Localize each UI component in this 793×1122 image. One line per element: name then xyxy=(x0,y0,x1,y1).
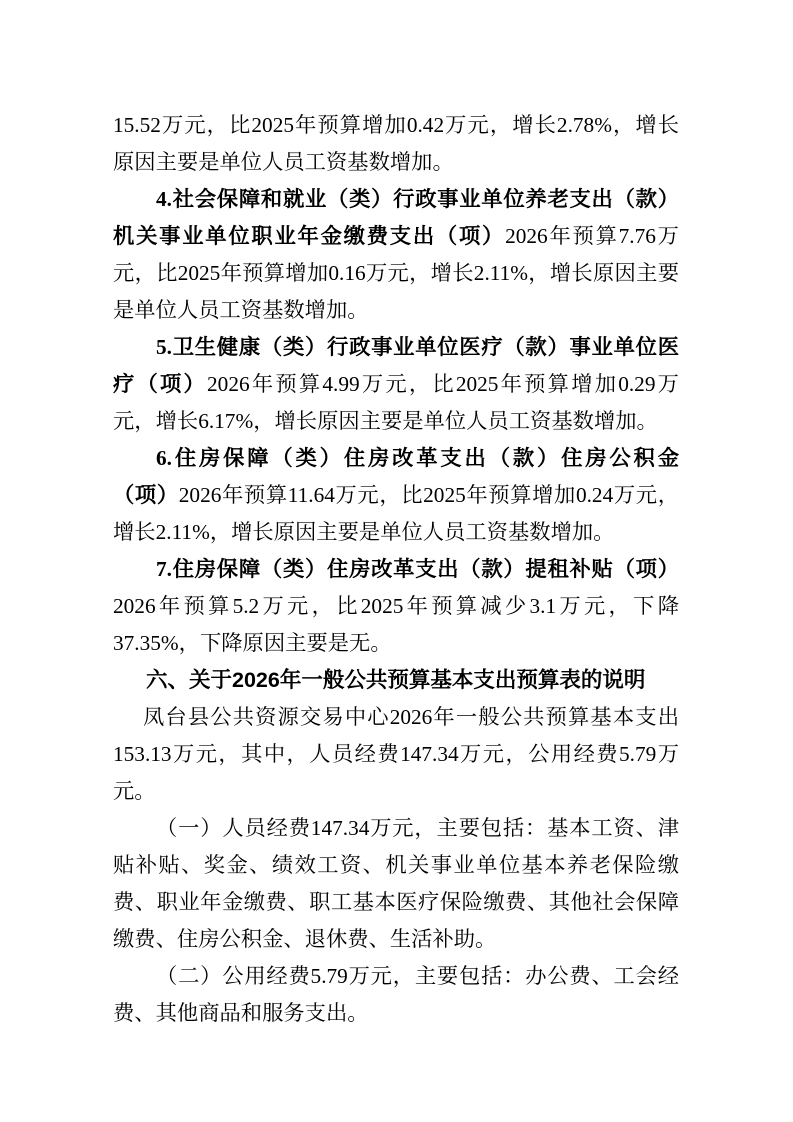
text-line: 疗（项）2026年预算4.99万元，比2025年预算增加0.29万 xyxy=(113,366,679,403)
text-line: 机关事业单位职业年金缴费支出（项）2026年预算7.76万 xyxy=(113,218,679,255)
text-line: 15.52万元，比2025年预算增加0.42万元，增长2.78%，增长 xyxy=(113,107,679,144)
document-text: 15.52万元，比2025年预算增加0.42万元，增长2.78%，增长原因主要是… xyxy=(113,107,679,1032)
text-line: 原因主要是单位人员工资基数增加。 xyxy=(113,144,679,181)
document-page: 15.52万元，比2025年预算增加0.42万元，增长2.78%，增长原因主要是… xyxy=(0,0,793,1122)
text-line: 5.卫生健康（类）行政事业单位医疗（款）事业单位医 xyxy=(113,329,679,366)
bold-text-run: 5.卫生健康（类）行政事业单位医疗（款）事业单位医 xyxy=(156,335,679,359)
text-line: 贴补贴、奖金、绩效工资、机关事业单位基本养老保险缴 xyxy=(113,847,679,884)
text-run: 15.52万元，比2025年预算增加0.42万元，增长2.78%，增长 xyxy=(113,113,679,137)
text-run: 原因主要是单位人员工资基数增加。 xyxy=(113,150,454,174)
text-line: （二）公用经费5.79万元，主要包括：办公费、工会经 xyxy=(113,958,679,995)
text-line: （项）2026年预算11.64万元，比2025年预算增加0.24万元， xyxy=(113,477,679,514)
text-run: 37.35%，下降原因主要是无。 xyxy=(113,631,392,655)
text-run: 贴补贴、奖金、绩效工资、机关事业单位基本养老保险缴 xyxy=(113,853,679,877)
text-run: 费、职业年金缴费、职工基本医疗保险缴费、其他社会保障 xyxy=(113,890,679,914)
text-run: 费、其他商品和服务支出。 xyxy=(113,1001,369,1025)
bold-text-run: 机关事业单位职业年金缴费支出（项） xyxy=(113,224,505,248)
text-line: 费、职业年金缴费、职工基本医疗保险缴费、其他社会保障 xyxy=(113,884,679,921)
bold-text-run: 疗（项） xyxy=(113,372,207,396)
bold-text-run: （项） xyxy=(113,483,179,507)
text-line: （一）人员经费147.34万元，主要包括：基本工资、津 xyxy=(113,810,679,847)
text-run: 元，增长6.17%，增长原因主要是单位人员工资基数增加。 xyxy=(113,409,658,433)
text-line: 元，比2025年预算增加0.16万元，增长2.11%，增长原因主要 xyxy=(113,255,679,292)
bold-text-run: 六、关于2026年一般公共预算基本支出预算表的说明 xyxy=(146,668,645,692)
text-run: 2026年预算7.76万 xyxy=(505,224,679,248)
text-run: 元，比2025年预算增加0.16万元，增长2.11%，增长原因主要 xyxy=(113,261,679,285)
text-run: 增长2.11%，增长原因主要是单位人员工资基数增加。 xyxy=(113,520,614,544)
text-line: 2026年预算5.2万元，比2025年预算减少3.1万元，下降 xyxy=(113,588,679,625)
text-run: 2026年预算4.99万元，比2025年预算增加0.29万 xyxy=(207,372,679,396)
text-run: 153.13万元，其中，人员经费147.34万元，公用经费5.79万 xyxy=(113,742,679,766)
text-line: 凤台县公共资源交易中心2026年一般公共预算基本支出 xyxy=(113,699,679,736)
text-run: 2026年预算5.2万元，比2025年预算减少3.1万元，下降 xyxy=(113,594,679,618)
text-line: 153.13万元，其中，人员经费147.34万元，公用经费5.79万 xyxy=(113,736,679,773)
text-run: 元。 xyxy=(113,779,156,803)
text-run: 2026年预算11.64万元，比2025年预算增加0.24万元， xyxy=(179,483,679,507)
text-run: 凤台县公共资源交易中心2026年一般公共预算基本支出 xyxy=(143,705,679,729)
bold-text-run: 6.住房保障（类）住房改革支出（款）住房公积金 xyxy=(156,446,679,470)
bold-text-run: 4.社会保障和就业（类）行政事业单位养老支出（款） xyxy=(156,187,679,211)
section-heading: 六、关于2026年一般公共预算基本支出预算表的说明 xyxy=(113,662,679,699)
text-line: 是单位人员工资基数增加。 xyxy=(113,292,679,329)
text-line: 6.住房保障（类）住房改革支出（款）住房公积金 xyxy=(113,440,679,477)
text-run: （二）公用经费5.79万元，主要包括：办公费、工会经 xyxy=(156,964,679,988)
text-line: 缴费、住房公积金、退休费、生活补助。 xyxy=(113,921,679,958)
text-line: 元。 xyxy=(113,773,679,810)
text-run: （一）人员经费147.34万元，主要包括：基本工资、津 xyxy=(156,816,679,840)
text-line: 4.社会保障和就业（类）行政事业单位养老支出（款） xyxy=(113,181,679,218)
text-line: 37.35%，下降原因主要是无。 xyxy=(113,625,679,662)
text-line: 增长2.11%，增长原因主要是单位人员工资基数增加。 xyxy=(113,514,679,551)
text-line: 费、其他商品和服务支出。 xyxy=(113,995,679,1032)
text-run: 是单位人员工资基数增加。 xyxy=(113,298,369,322)
text-line: 元，增长6.17%，增长原因主要是单位人员工资基数增加。 xyxy=(113,403,679,440)
text-line: 7.住房保障（类）住房改革支出（款）提租补贴（项） xyxy=(113,551,679,588)
bold-text-run: 7.住房保障（类）住房改革支出（款）提租补贴（项） xyxy=(156,557,679,581)
text-run: 缴费、住房公积金、退休费、生活补助。 xyxy=(113,927,496,951)
